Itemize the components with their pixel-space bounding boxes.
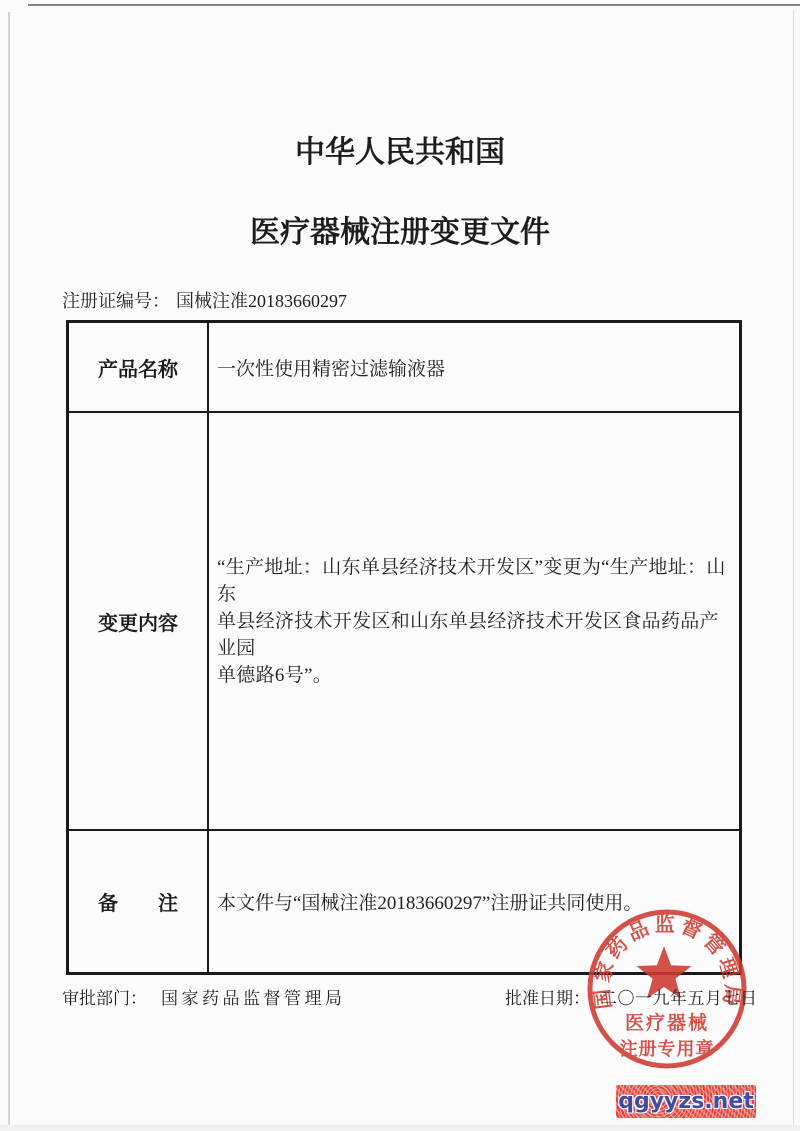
table-row-label-change-content: 变更内容 — [69, 413, 209, 831]
remarks-label: 备 注 — [98, 887, 178, 916]
table-row-label-remarks: 备 注 — [69, 831, 209, 972]
country-title: 中华人民共和国 — [0, 127, 800, 171]
table-row-value-product-name: 一次性使用精密过滤输液器 — [209, 323, 739, 413]
scan-edge-left — [8, 12, 10, 1131]
scan-edge-top — [28, 4, 800, 6]
scan-edge-bottom — [0, 1125, 800, 1131]
product-name-value: 一次性使用精密过滤输液器 — [217, 354, 445, 381]
table-row-label-product-name: 产品名称 — [69, 323, 209, 413]
approval-department-line: 审批部门： 国家药品监督管理局 — [62, 984, 346, 1009]
registration-number-label: 注册证编号： — [62, 291, 170, 311]
registration-number-line: 注册证编号：国械注准20183660297 — [62, 287, 347, 313]
approval-date-line: 批准日期： 二〇一九年五月七日 — [505, 984, 758, 1009]
watermark-text: qgyyzs.net — [618, 1089, 754, 1114]
change-content-label: 变更内容 — [98, 607, 178, 636]
table-row-value-change-content: “生产地址：山东单县经济技术开发区”变更为“生产地址：山东 单县经济技术开发区和… — [209, 413, 739, 831]
change-document-table: 产品名称 一次性使用精密过滤输液器 变更内容 “生产地址：山东单县经济技术开发区… — [66, 320, 742, 975]
scanned-document-page: 中华人民共和国 医疗器械注册变更文件 注册证编号：国械注准20183660297… — [0, 0, 800, 1131]
approval-date-label: 批准日期： — [505, 984, 590, 1009]
site-watermark: qgyyzs.net — [616, 1085, 756, 1118]
scan-edge-right — [793, 10, 794, 1131]
approval-date-value: 二〇一九年五月七日 — [600, 984, 758, 1009]
registration-number-value: 国械注准20183660297 — [176, 291, 347, 311]
remarks-value: 本文件与“国械注准20183660297”注册证共同使用。 — [217, 888, 642, 915]
product-name-label: 产品名称 — [98, 353, 178, 382]
approval-department-label: 审批部门： — [62, 984, 147, 1009]
seal-line1: 医疗器械 — [625, 1011, 709, 1034]
seal-line2: 注册专用章 — [620, 1038, 715, 1059]
approval-department-value: 国家药品监督管理局 — [161, 984, 346, 1009]
document-title: 医疗器械注册变更文件 — [0, 207, 800, 251]
change-content-value: “生产地址：山东单县经济技术开发区”变更为“生产地址：山东 单县经济技术开发区和… — [217, 554, 731, 689]
